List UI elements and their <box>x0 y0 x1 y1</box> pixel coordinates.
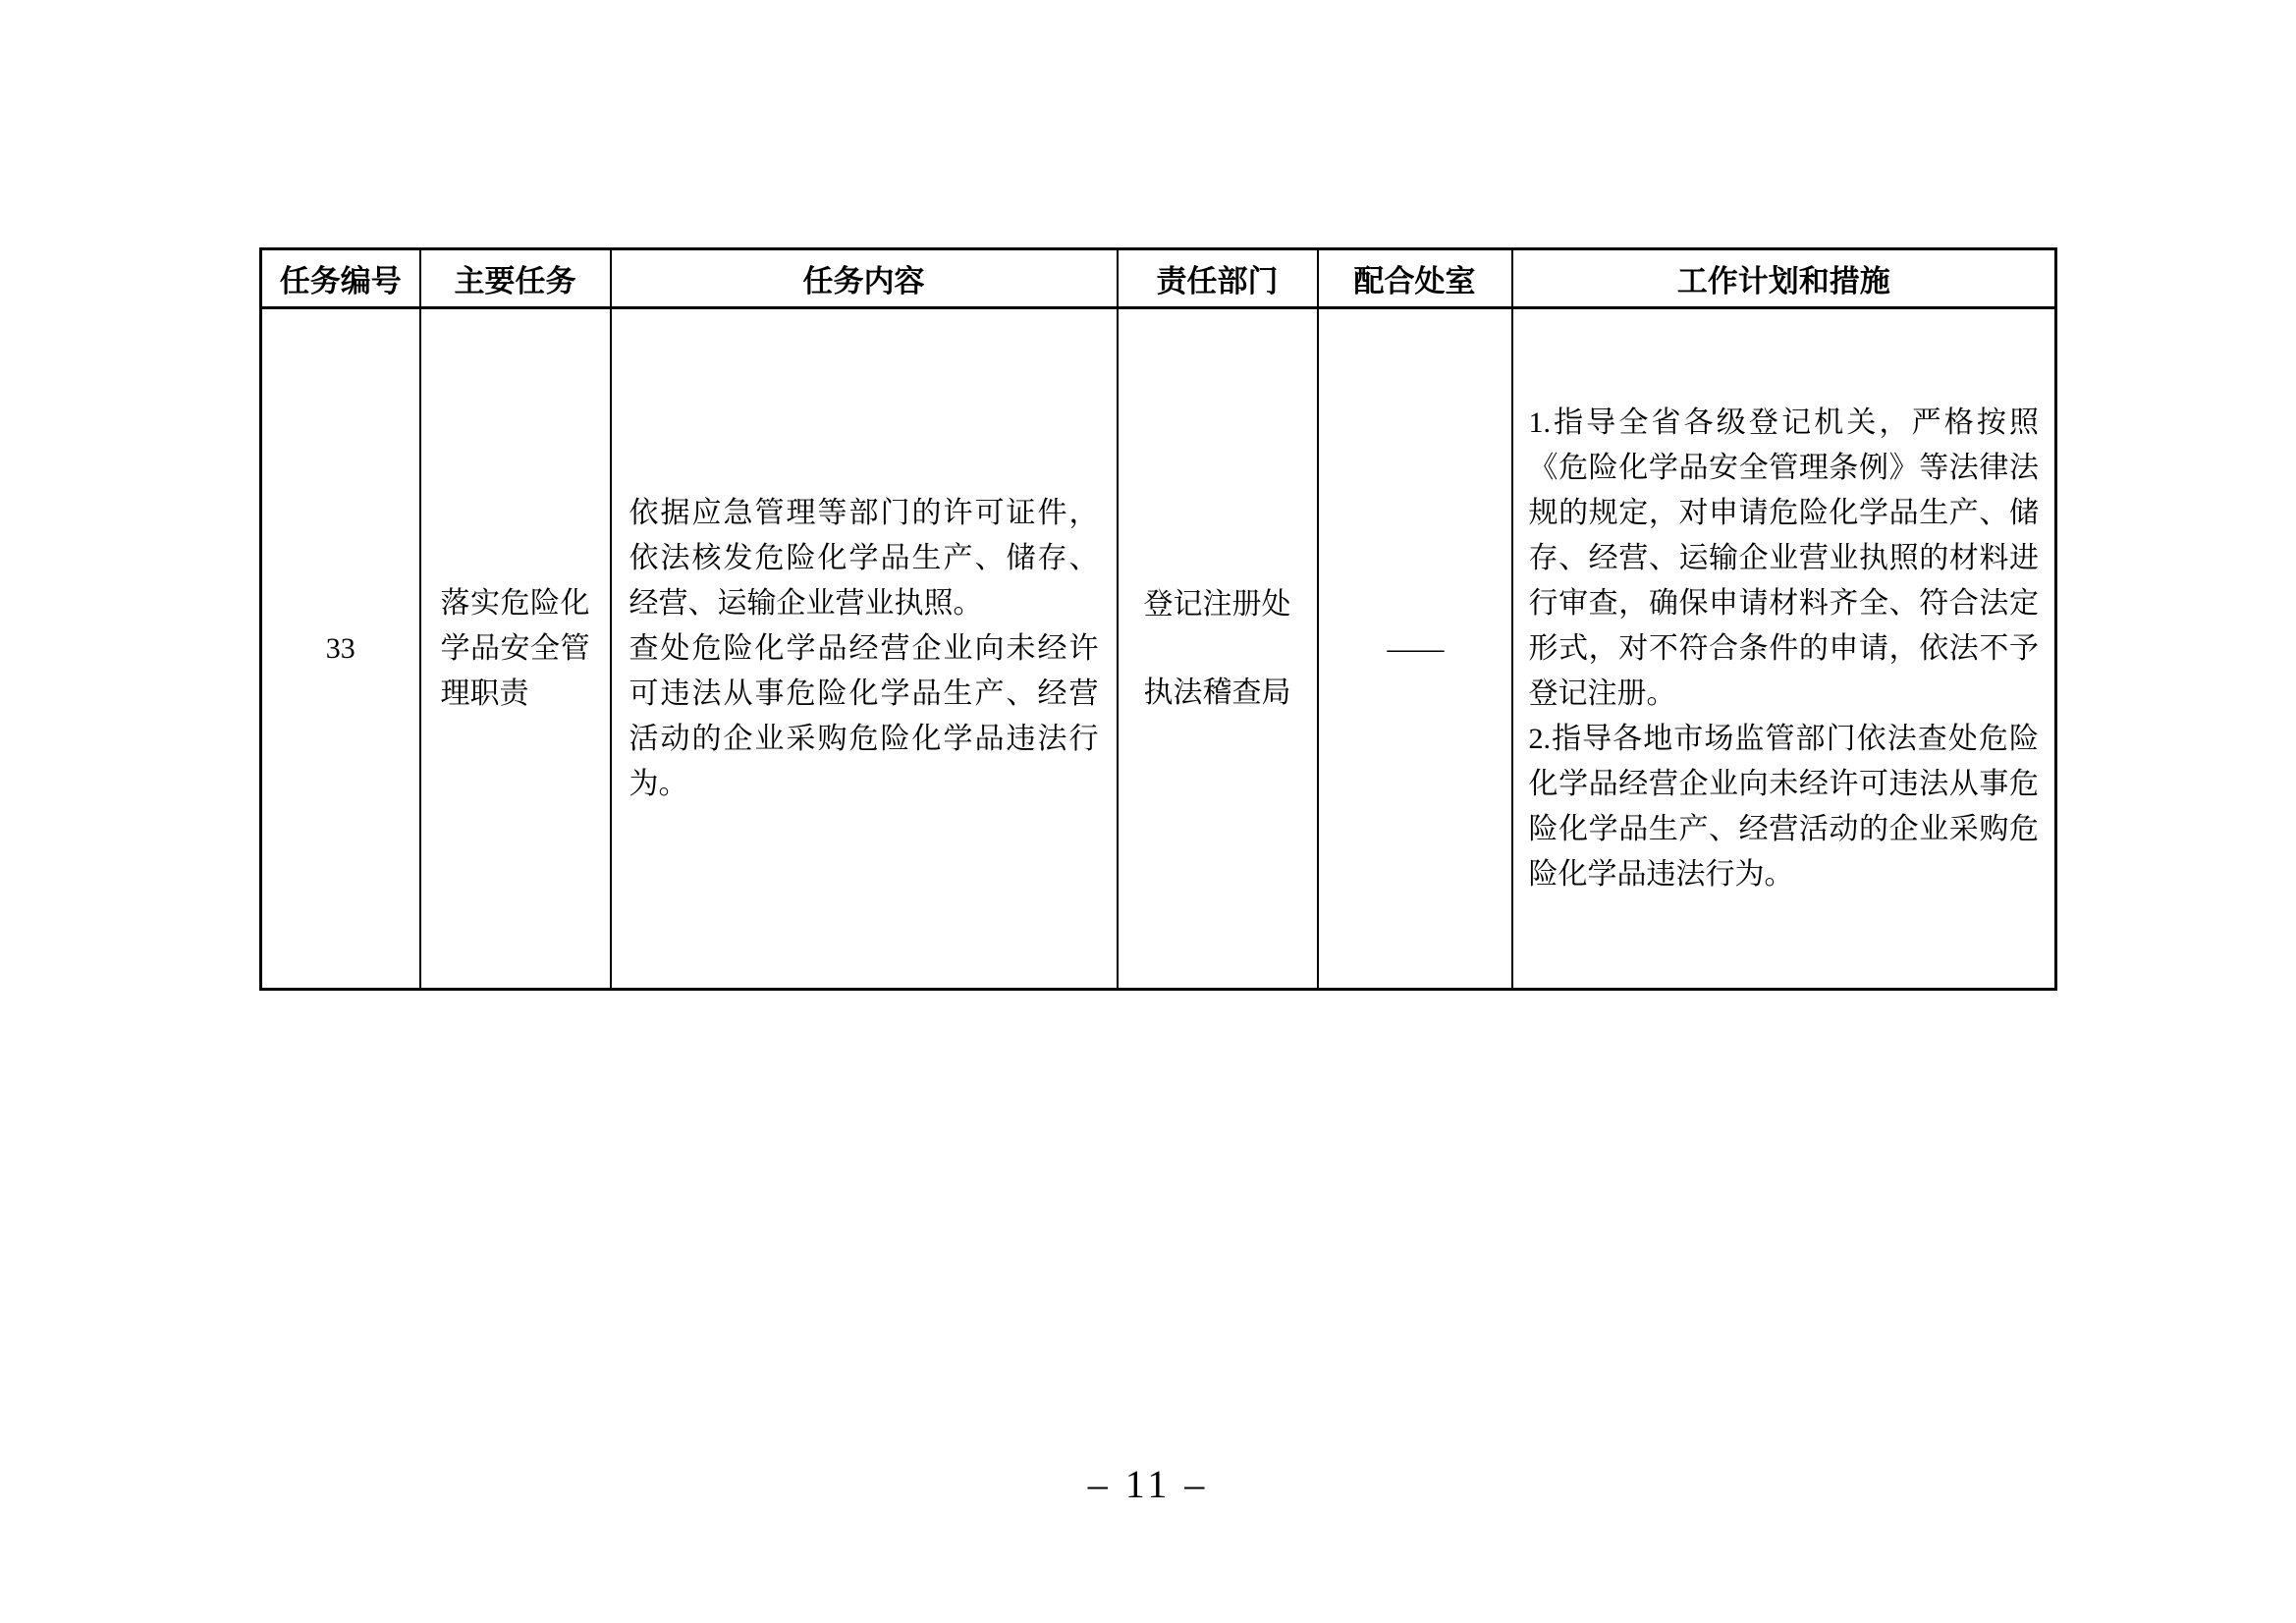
document-page: 任务编号 主要任务 任务内容 责任部门 配合处室 工作计划和措施 33 落实危险… <box>0 0 2296 1623</box>
header-cooperating-office: 配合处室 <box>1318 249 1512 308</box>
header-work-plan: 工作计划和措施 <box>1512 249 2056 308</box>
cell-main-task: 落实危险化学品安全管理职责 <box>420 308 611 990</box>
work-plan-paragraph-1: 1.指导全省各级登记机关，严格按照《危险化学品安全管理条例》等法律法规的规定，对… <box>1529 401 2040 717</box>
header-task-number: 任务编号 <box>261 249 420 308</box>
table-row: 33 落实危险化学品安全管理职责 依据应急管理等部门的许可证件，依法核发危险化学… <box>261 308 2056 990</box>
task-content-paragraph-1: 依据应急管理等部门的许可证件，依法核发危险化学品生产、储存、经营、运输企业营业执… <box>629 491 1099 626</box>
page-number: – 11 – <box>0 1461 2296 1507</box>
header-main-task: 主要任务 <box>420 249 611 308</box>
responsible-dept-line-2: 执法稽查局 <box>1119 671 1317 716</box>
header-responsible-dept: 责任部门 <box>1118 249 1318 308</box>
cell-responsible-dept: 登记注册处 执法稽查局 <box>1118 308 1318 990</box>
cell-cooperating-office: —— <box>1318 308 1512 990</box>
work-plan-paragraph-2: 2.指导各地市场监管部门依法查处危险化学品经营企业向未经许可违法从事危险化学品生… <box>1529 717 2040 897</box>
cell-task-number: 33 <box>261 308 420 990</box>
task-table: 任务编号 主要任务 任务内容 责任部门 配合处室 工作计划和措施 33 落实危险… <box>259 247 2057 991</box>
task-content-paragraph-2: 查处危险化学品经营企业向未经许可违法从事危险化学品生产、经营活动的企业采购危险化… <box>629 626 1099 807</box>
responsible-dept-line-1: 登记注册处 <box>1119 582 1317 627</box>
cell-task-content: 依据应急管理等部门的许可证件，依法核发危险化学品生产、储存、经营、运输企业营业执… <box>611 308 1118 990</box>
cell-work-plan: 1.指导全省各级登记机关，严格按照《危险化学品安全管理条例》等法律法规的规定，对… <box>1512 308 2056 990</box>
header-task-content: 任务内容 <box>611 249 1118 308</box>
table-header-row: 任务编号 主要任务 任务内容 责任部门 配合处室 工作计划和措施 <box>261 249 2056 308</box>
